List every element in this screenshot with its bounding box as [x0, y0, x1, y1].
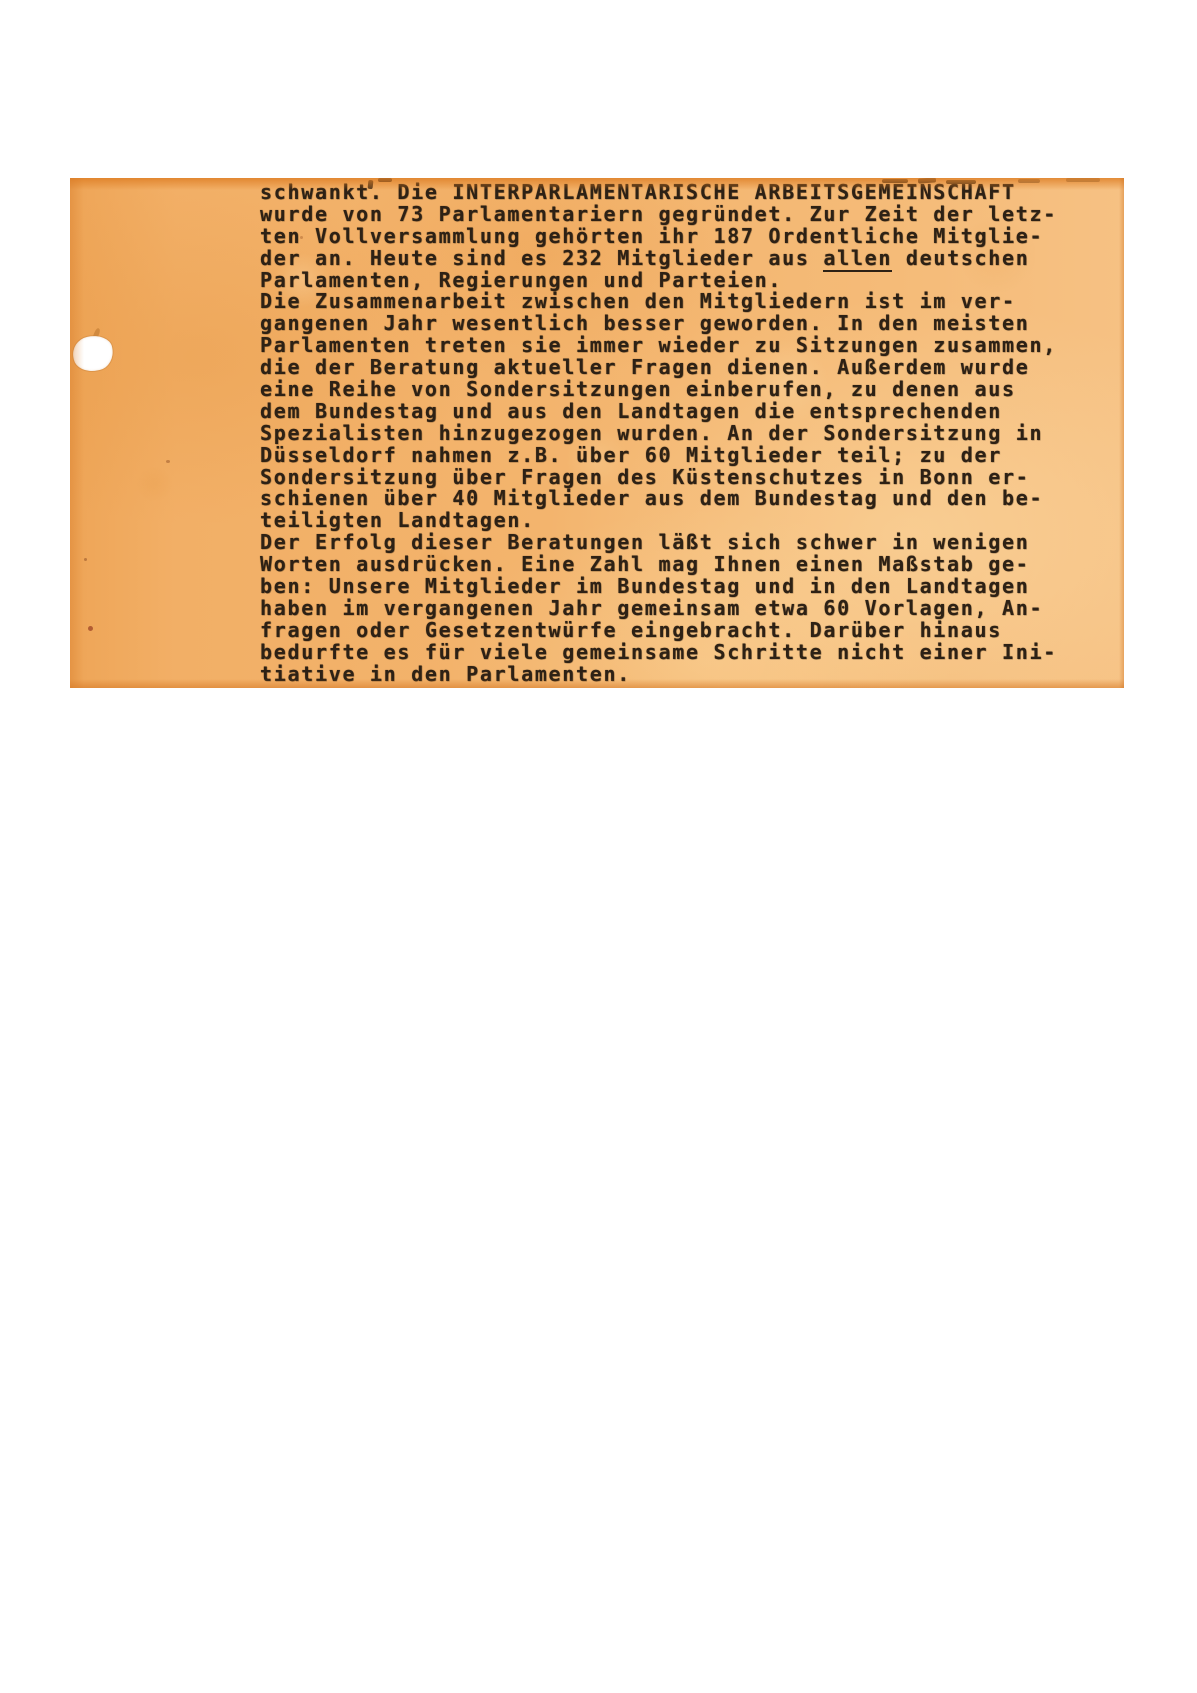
text-segment: ten Vollversammlung gehörten ihr 187 Ord… — [260, 224, 1043, 248]
text-segment: tiative in den Parlamenten. — [260, 662, 631, 686]
text-line: schienen über 40 Mitglieder aus dem Bund… — [260, 488, 1090, 510]
text-segment: wurde von 73 Parlamentariern gegründet. … — [260, 202, 1057, 226]
text-segment: Der Erfolg dieser Beratungen läßt sich s… — [260, 530, 1030, 554]
text-segment: gangenen Jahr wesentlich besser geworden… — [260, 311, 1030, 335]
text-line: ben: Unsere Mitglieder im Bundestag und … — [260, 576, 1090, 598]
text-segment: teiligten Landtagen. — [260, 508, 535, 532]
typewritten-text: schwankt. Die INTERPARLAMENTARISCHE ARBE… — [260, 182, 1090, 685]
text-segment: Düsseldorf nahmen z.B. über 60 Mitgliede… — [260, 443, 1002, 467]
text-line: gangenen Jahr wesentlich besser geworden… — [260, 313, 1090, 335]
text-line: wurde von 73 Parlamentariern gegründet. … — [260, 204, 1090, 226]
text-segment: schienen über 40 Mitglieder aus dem Bund… — [260, 486, 1043, 510]
text-line: teiligten Landtagen. — [260, 510, 1090, 532]
text-line: Düsseldorf nahmen z.B. über 60 Mitgliede… — [260, 445, 1090, 467]
text-line: Worten ausdrücken. Eine Zahl mag Ihnen e… — [260, 554, 1090, 576]
text-line: schwankt. Die INTERPARLAMENTARISCHE ARBE… — [260, 182, 1090, 204]
paper-speck — [166, 460, 170, 463]
text-segment: Parlamenten treten sie immer wieder zu S… — [260, 333, 1057, 357]
torn-hole — [70, 332, 116, 375]
scanned-page: schwankt. Die INTERPARLAMENTARISCHE ARBE… — [70, 178, 1124, 688]
text-segment: fragen oder Gesetzentwürfe eingebracht. … — [260, 618, 1002, 642]
text-line: Spezialisten hinzugezogen wurden. An der… — [260, 423, 1090, 445]
text-line: die der Beratung aktueller Fragen dienen… — [260, 357, 1090, 379]
text-segment: die der Beratung aktueller Fragen dienen… — [260, 355, 1030, 379]
text-segment: der an. Heute sind es 232 Mitglieder aus — [260, 246, 823, 270]
document-canvas: schwankt. Die INTERPARLAMENTARISCHE ARBE… — [0, 0, 1197, 1693]
text-segment: Parlamenten, Regierungen und Parteien. — [260, 268, 782, 292]
paper-speck — [88, 626, 93, 631]
text-line: Der Erfolg dieser Beratungen läßt sich s… — [260, 532, 1090, 554]
text-segment: eine Reihe von Sondersitzungen einberufe… — [260, 377, 1016, 401]
text-line: Parlamenten, Regierungen und Parteien. — [260, 270, 1090, 292]
text-line: Die Zusammenarbeit zwischen den Mitglied… — [260, 291, 1090, 313]
scan-edge-shadow — [70, 178, 84, 688]
text-segment: Sondersitzung über Fragen des Küstenschu… — [260, 465, 1030, 489]
text-line: fragen oder Gesetzentwürfe eingebracht. … — [260, 620, 1090, 642]
text-line: tiative in den Parlamenten. — [260, 664, 1090, 686]
paper-speck — [84, 558, 87, 561]
text-segment: schwankt. Die INTERPARLAMENTARISCHE ARBE… — [260, 180, 1016, 204]
text-segment: deutschen — [892, 246, 1029, 270]
text-line: haben im vergangenen Jahr gemeinsam etwa… — [260, 598, 1090, 620]
text-segment: bedurfte es für viele gemeinsame Schritt… — [260, 640, 1057, 664]
text-line: Sondersitzung über Fragen des Küstenschu… — [260, 467, 1090, 489]
text-segment: haben im vergangenen Jahr gemeinsam etwa… — [260, 596, 1043, 620]
text-line: dem Bundestag und aus den Landtagen die … — [260, 401, 1090, 423]
text-segment: dem Bundestag und aus den Landtagen die … — [260, 399, 1002, 423]
text-line: ten Vollversammlung gehörten ihr 187 Ord… — [260, 226, 1090, 248]
text-line: Parlamenten treten sie immer wieder zu S… — [260, 335, 1090, 357]
text-segment: ben: Unsere Mitglieder im Bundestag und … — [260, 574, 1030, 598]
underlined-word: allen — [823, 246, 892, 272]
text-segment: Spezialisten hinzugezogen wurden. An der… — [260, 421, 1043, 445]
text-segment: Die Zusammenarbeit zwischen den Mitglied… — [260, 289, 1016, 313]
text-line: eine Reihe von Sondersitzungen einberufe… — [260, 379, 1090, 401]
scan-edge-shadow — [1119, 178, 1124, 688]
text-line: der an. Heute sind es 232 Mitglieder aus… — [260, 248, 1090, 270]
text-segment: Worten ausdrücken. Eine Zahl mag Ihnen e… — [260, 552, 1030, 576]
text-line: bedurfte es für viele gemeinsame Schritt… — [260, 642, 1090, 664]
